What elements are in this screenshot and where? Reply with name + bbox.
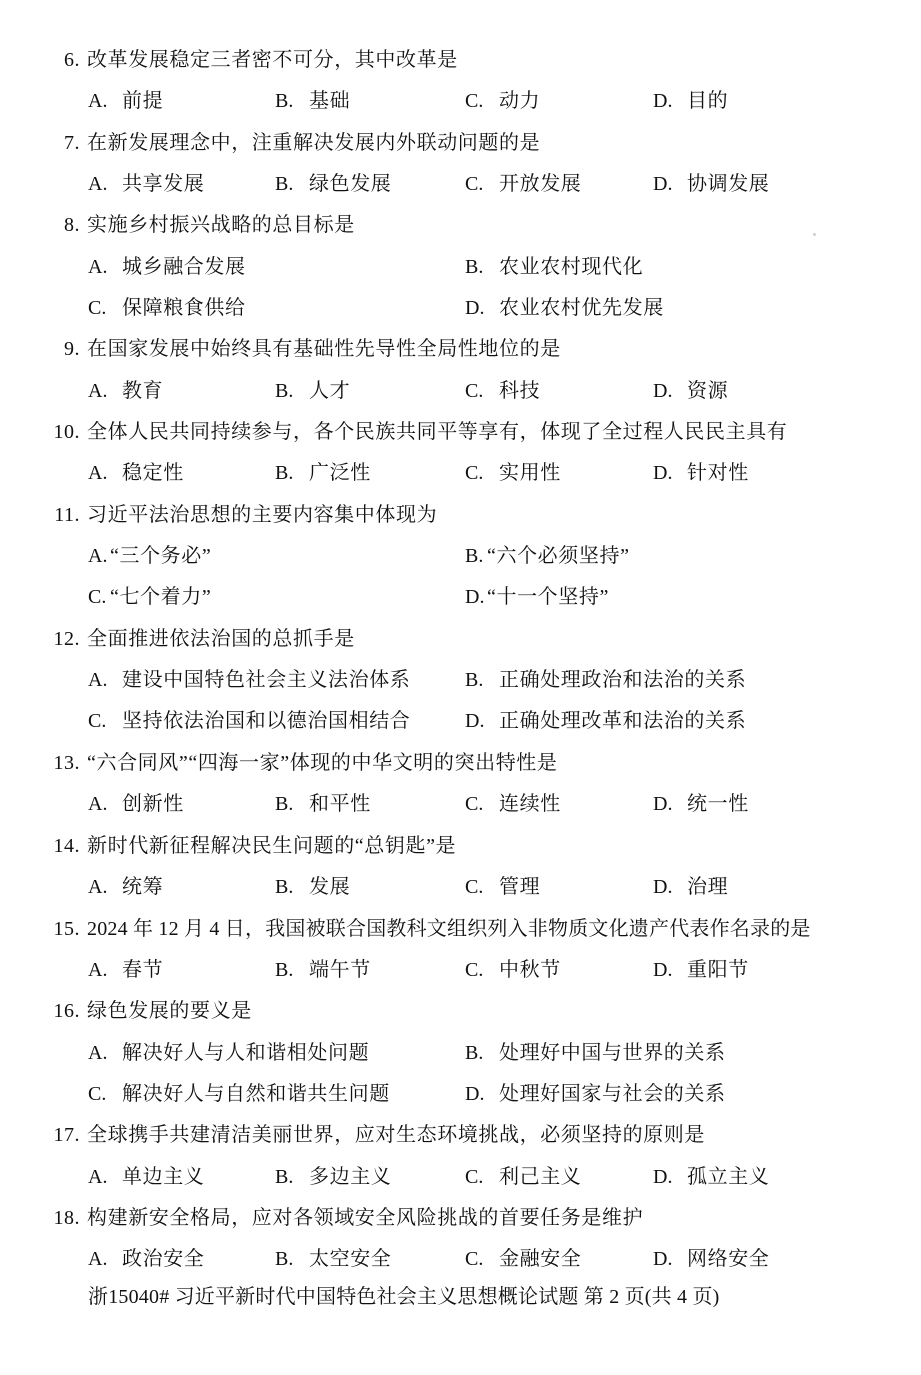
question-11-options-row1: A.“三个务必” B.“六个必须坚持”	[0, 536, 921, 577]
option-label: D.	[653, 867, 687, 908]
question-stem: 绿色发展的要义是	[87, 991, 252, 1032]
option-d: D.处理好国家与社会的关系	[465, 1074, 726, 1115]
question-stem: 全面推进依法治国的总抓手是	[87, 619, 355, 660]
option-a: A.建设中国特色社会主义法治体系	[88, 660, 410, 701]
option-label: A.	[88, 1239, 122, 1280]
question-10: 10. 全体人民共同持续参与，各个民族共同平等享有，体现了全过程人民民主具有	[0, 412, 921, 453]
question-13: 13. “六合同风”“四海一家”体现的中华文明的突出特性是	[0, 743, 921, 784]
option-text: 人才	[309, 380, 350, 402]
question-12-options-row2: C.坚持依法治国和以德治国相结合 D.正确处理改革和法治的关系	[0, 701, 921, 742]
question-8: 8. 实施乡村振兴战略的总目标是	[0, 205, 921, 246]
question-number: 16.	[0, 991, 80, 1032]
option-text: 动力	[499, 90, 540, 112]
option-label: A.	[88, 81, 122, 122]
option-b: B.人才	[275, 371, 350, 412]
option-text: 坚持依法治国和以德治国相结合	[122, 710, 410, 732]
option-a: A.教育	[88, 371, 163, 412]
question-stem: 在国家发展中始终具有基础性先导性全局性地位的是	[87, 329, 561, 370]
option-c: C.连续性	[465, 784, 561, 825]
question-number: 6.	[0, 40, 80, 81]
option-label: A.	[88, 536, 110, 577]
option-text: 多边主义	[309, 1166, 391, 1188]
option-label: B.	[275, 784, 309, 825]
option-label: D.	[465, 577, 487, 618]
option-text: 政治安全	[122, 1248, 204, 1270]
option-text: 实用性	[499, 462, 561, 484]
option-text: 绿色发展	[309, 173, 391, 195]
option-a: A.解决好人与人和谐相处问题	[88, 1033, 369, 1074]
option-b: B.“六个必须坚持”	[465, 536, 630, 577]
option-text: 目的	[687, 90, 728, 112]
option-text: 处理好中国与世界的关系	[499, 1042, 726, 1064]
option-label: C.	[465, 867, 499, 908]
option-d: D.目的	[653, 81, 728, 122]
option-b: B.多边主义	[275, 1157, 391, 1198]
option-label: A.	[88, 867, 122, 908]
option-c: C.坚持依法治国和以德治国相结合	[88, 701, 410, 742]
question-11: 11. 习近平法治思想的主要内容集中体现为	[0, 495, 921, 536]
question-12-options-row1: A.建设中国特色社会主义法治体系 B.正确处理政治和法治的关系	[0, 660, 921, 701]
option-label: D.	[653, 81, 687, 122]
option-label: A.	[88, 453, 122, 494]
option-label: C.	[465, 1157, 499, 1198]
option-b: B.端午节	[275, 950, 371, 991]
option-label: A.	[88, 660, 122, 701]
question-17: 17. 全球携手共建清洁美丽世界，应对生态环境挑战，必须坚持的原则是	[0, 1115, 921, 1156]
option-a: A.稳定性	[88, 453, 184, 494]
option-a: A.城乡融合发展	[88, 247, 246, 288]
option-text: 共享发展	[122, 173, 204, 195]
option-label: D.	[653, 164, 687, 205]
option-c: C.利己主义	[465, 1157, 581, 1198]
option-text: 网络安全	[687, 1248, 769, 1270]
question-stem: 构建新安全格局，应对各领域安全风险挑战的首要任务是维护	[87, 1198, 643, 1239]
question-number: 10.	[0, 412, 80, 453]
question-number: 8.	[0, 205, 80, 246]
option-label: A.	[88, 1033, 122, 1074]
option-text: 孤立主义	[687, 1166, 769, 1188]
option-text: 解决好人与自然和谐共生问题	[122, 1083, 390, 1105]
option-d: D.正确处理改革和法治的关系	[465, 701, 746, 742]
option-b: B.太空安全	[275, 1239, 391, 1280]
option-text: 管理	[499, 876, 540, 898]
option-label: A.	[88, 164, 122, 205]
option-label: A.	[88, 950, 122, 991]
option-text: 教育	[122, 380, 163, 402]
option-text: 科技	[499, 380, 540, 402]
question-17-options: A.单边主义 B.多边主义 C.利己主义 D.孤立主义	[0, 1157, 921, 1198]
option-text: “七个着力”	[110, 586, 211, 608]
question-11-options-row2: C.“七个着力” D.“十一个坚持”	[0, 577, 921, 618]
option-text: 广泛性	[309, 462, 371, 484]
option-text: 处理好国家与社会的关系	[499, 1083, 726, 1105]
option-label: C.	[88, 1074, 122, 1115]
question-stem: “六合同风”“四海一家”体现的中华文明的突出特性是	[87, 743, 558, 784]
option-text: 端午节	[309, 959, 371, 981]
option-d: D.网络安全	[653, 1239, 769, 1280]
exam-page: 6. 改革发展稳定三者密不可分，其中改革是 A.前提 B.基础 C.动力 D.目…	[0, 0, 921, 1375]
option-text: “六个必须坚持”	[487, 545, 630, 567]
option-label: C.	[88, 701, 122, 742]
option-text: 春节	[122, 959, 163, 981]
option-label: B.	[275, 867, 309, 908]
question-7-options: A.共享发展 B.绿色发展 C.开放发展 D.协调发展	[0, 164, 921, 205]
option-b: B.和平性	[275, 784, 371, 825]
option-c: C.动力	[465, 81, 540, 122]
question-14: 14. 新时代新征程解决民生问题的“总钥匙”是	[0, 826, 921, 867]
option-label: D.	[653, 784, 687, 825]
option-text: 太空安全	[309, 1248, 391, 1270]
option-d: D.资源	[653, 371, 728, 412]
option-a: A.统筹	[88, 867, 163, 908]
option-text: 解决好人与人和谐相处问题	[122, 1042, 369, 1064]
option-b: B.基础	[275, 81, 350, 122]
option-b: B.处理好中国与世界的关系	[465, 1033, 726, 1074]
question-stem: 2024 年 12 月 4 日，我国被联合国教科文组织列入非物质文化遗产代表作名…	[87, 909, 811, 950]
question-18: 18. 构建新安全格局，应对各领域安全风险挑战的首要任务是维护	[0, 1198, 921, 1239]
option-label: D.	[465, 1074, 499, 1115]
option-text: 资源	[687, 380, 728, 402]
question-stem: 在新发展理念中，注重解决发展内外联动问题的是	[87, 123, 540, 164]
question-number: 15.	[0, 909, 80, 950]
question-stem: 新时代新征程解决民生问题的“总钥匙”是	[87, 826, 456, 867]
option-d: D.孤立主义	[653, 1157, 769, 1198]
option-text: 发展	[309, 876, 350, 898]
option-label: A.	[88, 247, 122, 288]
option-label: B.	[275, 371, 309, 412]
scan-speck	[813, 233, 816, 236]
option-c: C.开放发展	[465, 164, 581, 205]
option-label: D.	[465, 701, 499, 742]
question-stem: 习近平法治思想的主要内容集中体现为	[87, 495, 437, 536]
option-text: 农业农村优先发展	[499, 297, 664, 319]
option-text: 连续性	[499, 793, 561, 815]
question-16-options-row1: A.解决好人与人和谐相处问题 B.处理好中国与世界的关系	[0, 1033, 921, 1074]
question-number: 9.	[0, 329, 80, 370]
question-8-options-row2: C.保障粮食供给 D.农业农村优先发展	[0, 288, 921, 329]
option-text: 开放发展	[499, 173, 581, 195]
question-number: 14.	[0, 826, 80, 867]
question-16: 16. 绿色发展的要义是	[0, 991, 921, 1032]
question-15: 15. 2024 年 12 月 4 日，我国被联合国教科文组织列入非物质文化遗产…	[0, 909, 921, 950]
option-c: C.管理	[465, 867, 540, 908]
question-7: 7. 在新发展理念中，注重解决发展内外联动问题的是	[0, 123, 921, 164]
option-c: C.科技	[465, 371, 540, 412]
question-number: 7.	[0, 123, 80, 164]
option-text: 基础	[309, 90, 350, 112]
question-9-options: A.教育 B.人才 C.科技 D.资源	[0, 371, 921, 412]
option-label: A.	[88, 371, 122, 412]
option-text: 针对性	[687, 462, 749, 484]
option-a: A.前提	[88, 81, 163, 122]
option-a: A.共享发展	[88, 164, 204, 205]
option-d: D.“十一个坚持”	[465, 577, 609, 618]
option-text: 协调发展	[687, 173, 769, 195]
option-label: D.	[653, 453, 687, 494]
question-stem: 实施乡村振兴战略的总目标是	[87, 205, 355, 246]
option-text: 单边主义	[122, 1166, 204, 1188]
option-label: B.	[275, 81, 309, 122]
option-text: “十一个坚持”	[487, 586, 609, 608]
option-label: D.	[653, 371, 687, 412]
option-d: D.重阳节	[653, 950, 749, 991]
option-text: “三个务必”	[110, 545, 211, 567]
option-b: B.正确处理政治和法治的关系	[465, 660, 746, 701]
option-text: 治理	[687, 876, 728, 898]
option-a: A.单边主义	[88, 1157, 204, 1198]
option-label: C.	[465, 371, 499, 412]
question-9: 9. 在国家发展中始终具有基础性先导性全局性地位的是	[0, 329, 921, 370]
option-text: 正确处理政治和法治的关系	[499, 669, 746, 691]
option-label: C.	[88, 577, 110, 618]
option-c: C.解决好人与自然和谐共生问题	[88, 1074, 390, 1115]
question-13-options: A.创新性 B.和平性 C.连续性 D.统一性	[0, 784, 921, 825]
option-c: C.实用性	[465, 453, 561, 494]
option-text: 正确处理改革和法治的关系	[499, 710, 746, 732]
option-b: B.农业农村现代化	[465, 247, 643, 288]
option-label: D.	[653, 1239, 687, 1280]
option-label: A.	[88, 1157, 122, 1198]
option-label: B.	[275, 164, 309, 205]
option-c: C.“七个着力”	[88, 577, 211, 618]
option-label: D.	[465, 288, 499, 329]
option-label: D.	[653, 950, 687, 991]
option-b: B.发展	[275, 867, 350, 908]
option-text: 保障粮食供给	[122, 297, 246, 319]
question-stem: 全体人民共同持续参与，各个民族共同平等享有，体现了全过程人民民主具有	[87, 412, 787, 453]
option-label: B.	[465, 536, 487, 577]
option-a: A.春节	[88, 950, 163, 991]
option-a: A.创新性	[88, 784, 184, 825]
option-c: C.保障粮食供给	[88, 288, 246, 329]
option-label: B.	[275, 1239, 309, 1280]
option-d: D.统一性	[653, 784, 749, 825]
question-10-options: A.稳定性 B.广泛性 C.实用性 D.针对性	[0, 453, 921, 494]
question-14-options: A.统筹 B.发展 C.管理 D.治理	[0, 867, 921, 908]
option-label: C.	[465, 784, 499, 825]
option-d: D.针对性	[653, 453, 749, 494]
question-6-options: A.前提 B.基础 C.动力 D.目的	[0, 81, 921, 122]
option-a: A.政治安全	[88, 1239, 204, 1280]
option-text: 金融安全	[499, 1248, 581, 1270]
question-stem: 改革发展稳定三者密不可分，其中改革是	[87, 40, 458, 81]
question-15-options: A.春节 B.端午节 C.中秋节 D.重阳节	[0, 950, 921, 991]
option-c: C.中秋节	[465, 950, 561, 991]
option-label: A.	[88, 784, 122, 825]
option-text: 和平性	[309, 793, 371, 815]
option-label: B.	[465, 660, 499, 701]
option-text: 前提	[122, 90, 163, 112]
option-text: 创新性	[122, 793, 184, 815]
option-label: C.	[465, 453, 499, 494]
option-b: B.广泛性	[275, 453, 371, 494]
option-label: B.	[275, 1157, 309, 1198]
option-label: C.	[465, 950, 499, 991]
option-d: D.农业农村优先发展	[465, 288, 664, 329]
option-label: C.	[465, 81, 499, 122]
option-a: A.“三个务必”	[88, 536, 211, 577]
option-text: 建设中国特色社会主义法治体系	[122, 669, 410, 691]
question-number: 12.	[0, 619, 80, 660]
option-label: B.	[275, 453, 309, 494]
option-d: D.协调发展	[653, 164, 769, 205]
option-label: B.	[465, 247, 499, 288]
option-text: 中秋节	[499, 959, 561, 981]
option-text: 农业农村现代化	[499, 256, 643, 278]
question-16-options-row2: C.解决好人与自然和谐共生问题 D.处理好国家与社会的关系	[0, 1074, 921, 1115]
option-text: 城乡融合发展	[122, 256, 246, 278]
option-text: 统筹	[122, 876, 163, 898]
option-text: 利己主义	[499, 1166, 581, 1188]
option-label: C.	[465, 1239, 499, 1280]
option-label: D.	[653, 1157, 687, 1198]
question-number: 11.	[0, 495, 80, 536]
question-number: 17.	[0, 1115, 80, 1156]
option-d: D.治理	[653, 867, 728, 908]
question-number: 13.	[0, 743, 80, 784]
page-footer: 浙15040# 习近平新时代中国特色社会主义思想概论试题 第 2 页(共 4 页…	[88, 1277, 720, 1318]
option-c: C.金融安全	[465, 1239, 581, 1280]
option-label: C.	[88, 288, 122, 329]
question-6: 6. 改革发展稳定三者密不可分，其中改革是	[0, 40, 921, 81]
option-text: 重阳节	[687, 959, 749, 981]
option-label: C.	[465, 164, 499, 205]
option-text: 统一性	[687, 793, 749, 815]
question-number: 18.	[0, 1198, 80, 1239]
question-12: 12. 全面推进依法治国的总抓手是	[0, 619, 921, 660]
option-text: 稳定性	[122, 462, 184, 484]
option-label: B.	[465, 1033, 499, 1074]
option-b: B.绿色发展	[275, 164, 391, 205]
option-label: B.	[275, 950, 309, 991]
question-8-options-row1: A.城乡融合发展 B.农业农村现代化	[0, 247, 921, 288]
question-stem: 全球携手共建清洁美丽世界，应对生态环境挑战，必须坚持的原则是	[87, 1115, 705, 1156]
question-18-options: A.政治安全 B.太空安全 C.金融安全 D.网络安全	[0, 1239, 921, 1280]
